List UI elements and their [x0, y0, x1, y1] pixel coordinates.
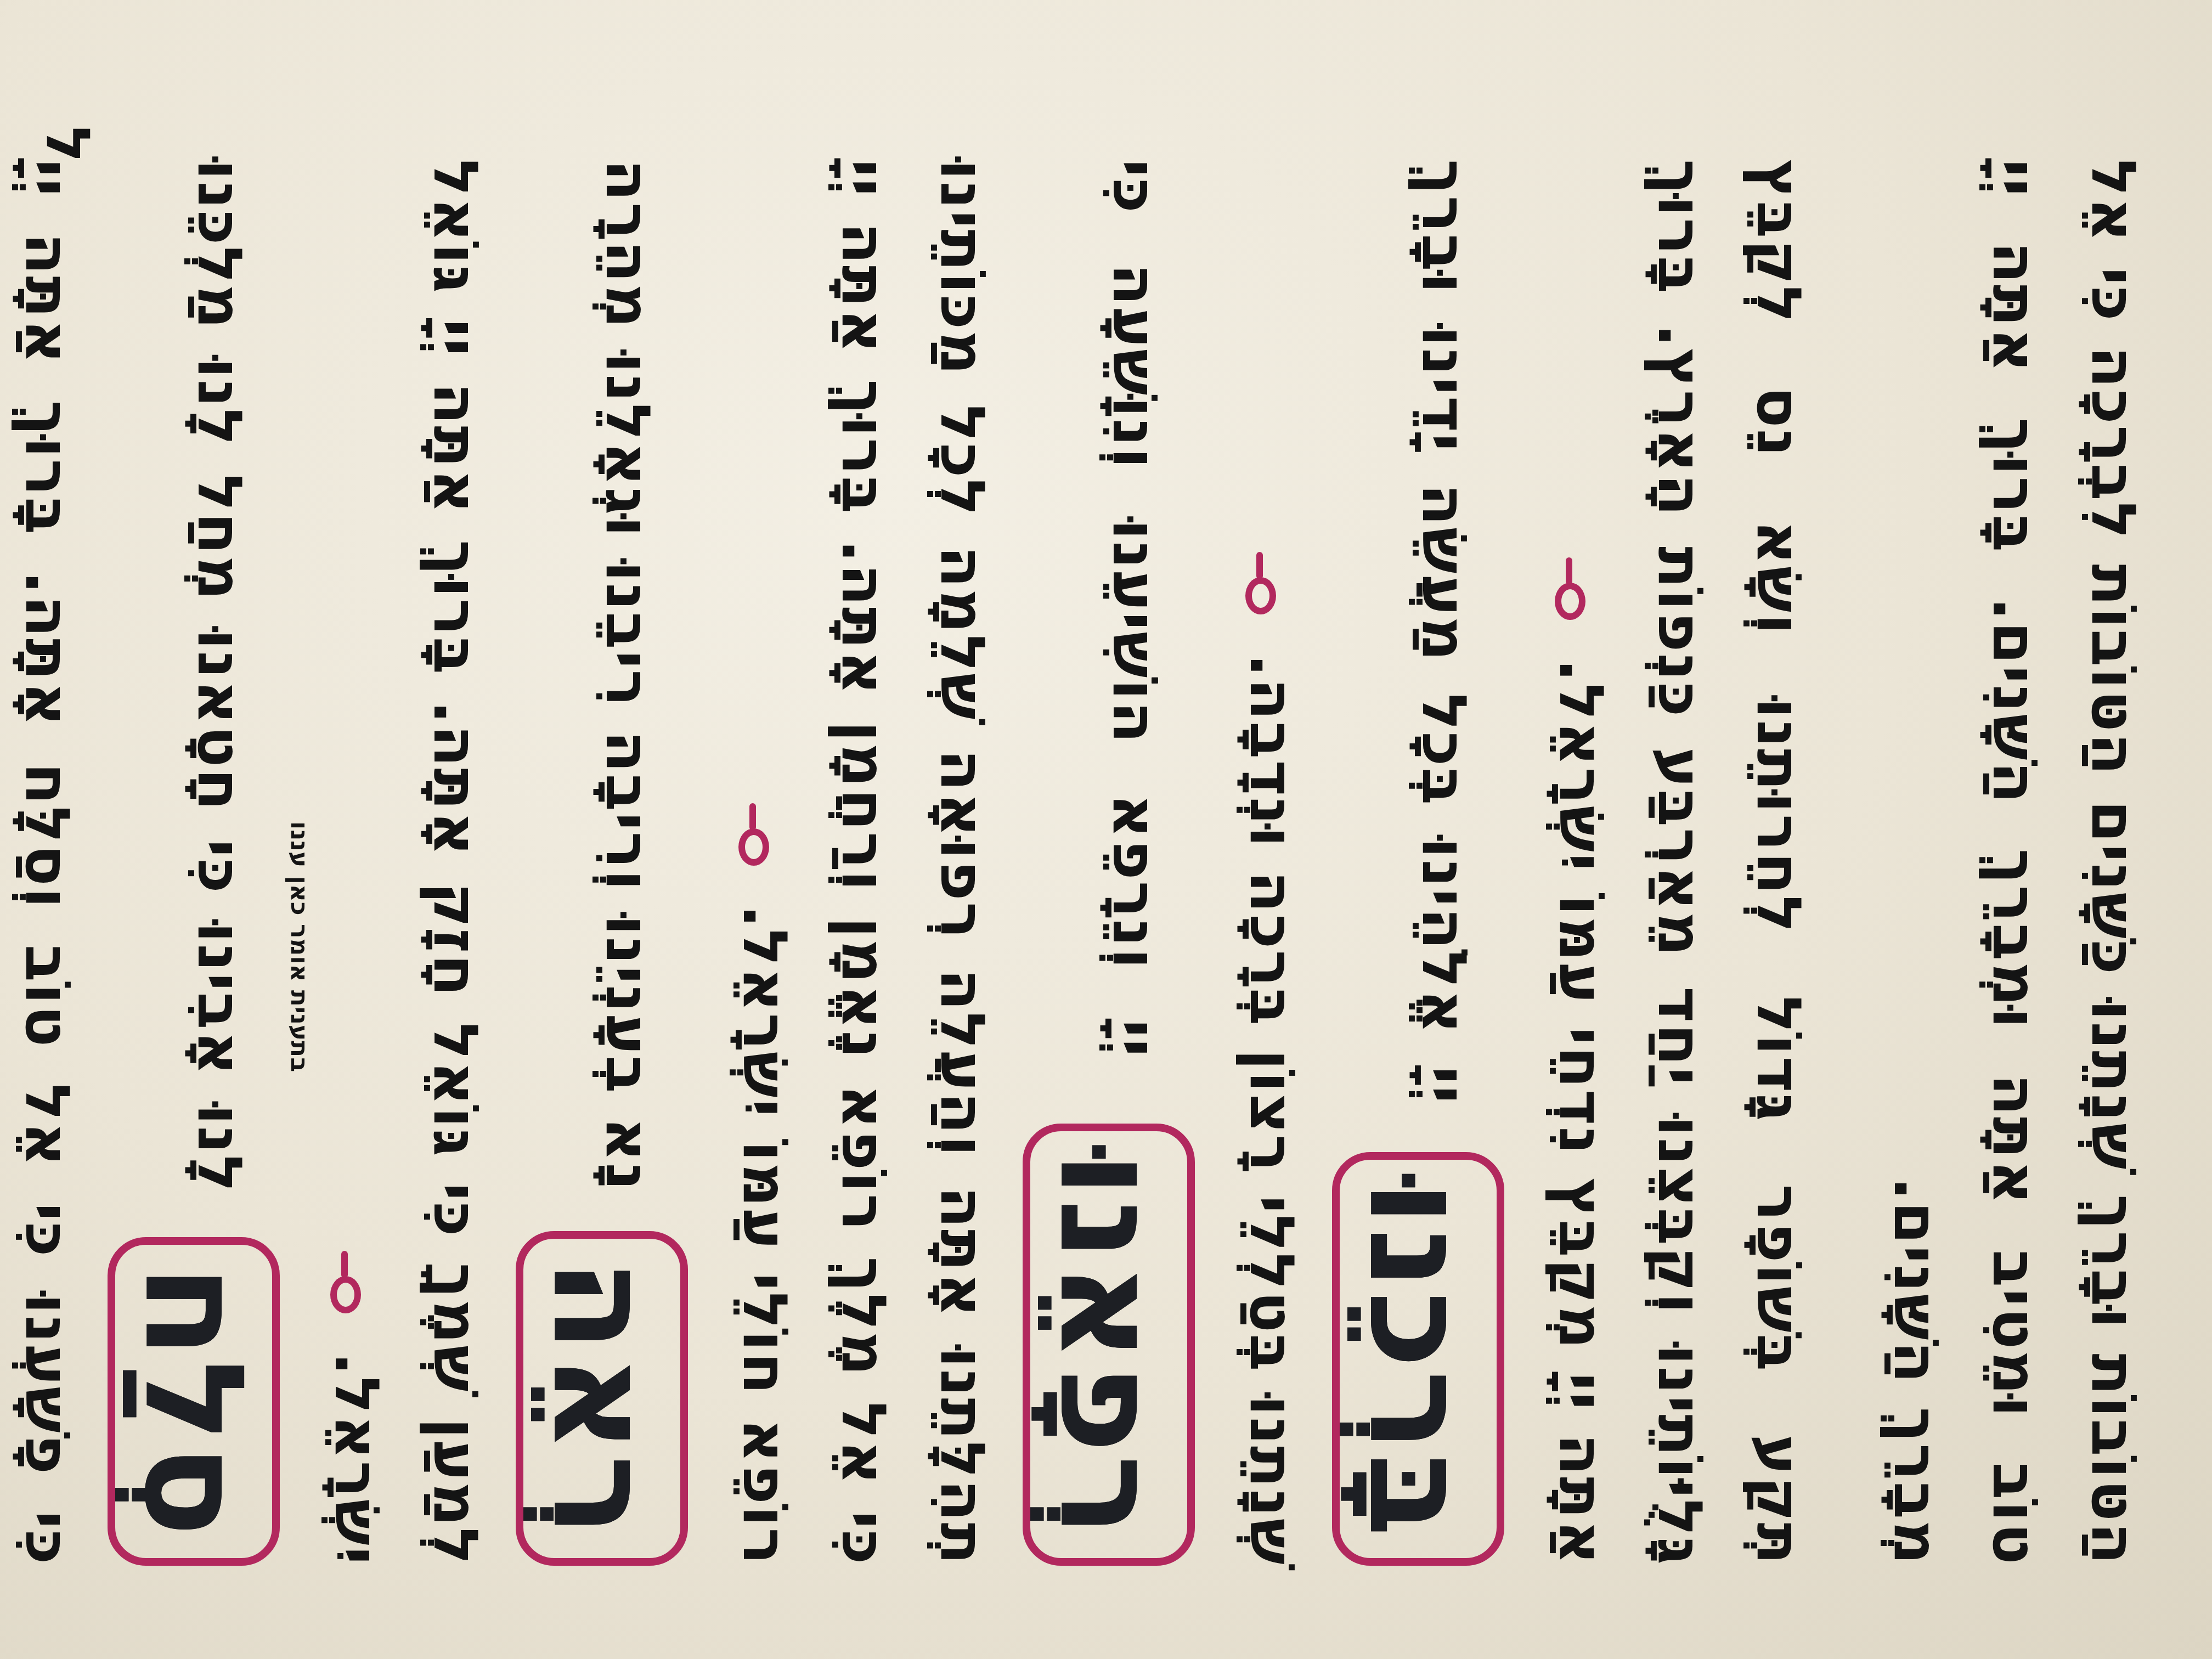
paragraph-end-ornament-icon [738, 828, 769, 866]
paragraph: רְאֵה נָא בְעָנְיֵנוּ וְרִיבָה רִיבֵנוּ … [307, 159, 677, 1566]
margin-note: בתענית אומר כאן עננו [285, 821, 313, 1072]
heading-refaenu: רְפָאֵנוּ [1023, 1124, 1195, 1566]
paragraph: תְּקַע בְּשׁוֹפָר גָּדוֹל לְחֵרוּתֵנוּ ו… [1532, 159, 1828, 1566]
block-reeh: רְאֵה נָא בְעָנְיֵנוּ וְרִיבָה רִיבֵנוּ … [307, 159, 677, 1566]
block-birkat-hashanim-end: הַטּוֹבוֹת וּבָרֵךְ שְׁנָתֵנוּ כַּשָּׁנִ… [1866, 159, 2163, 1566]
paragraph-end-ornament-icon [1555, 583, 1585, 620]
paragraph: רְפָאֵנוּ יְיָ וְנֵרָפֵא הוֹשִׁיעֵנוּ וְ… [715, 159, 1184, 1566]
heading-barchenu: בָּרְכֵנוּ [1332, 1152, 1504, 1566]
paragraph-text: הַטּוֹבוֹת וּבָרֵךְ שְׁנָתֵנוּ כַּשָּׁנִ… [1880, 159, 2149, 1566]
paragraph-end-ornament-icon [330, 1276, 361, 1313]
heading-selach: סְלַח [108, 1237, 280, 1566]
block-tka-bshofar: תְּקַע בְּשׁוֹפָר גָּדוֹל לְחֵרוּתֵנוּ ו… [1532, 159, 1828, 1566]
paragraph-text: תְּקַע בְּשׁוֹפָר גָּדוֹל לְחֵרוּתֵנוּ ו… [1545, 159, 1814, 1566]
paragraph: בָּרְכֵנוּ יְיָ אֱלֹהֵינוּ בְּכָל מַעֲשֵ… [1222, 159, 1493, 1566]
siddur-page: הַטּוֹבוֹת וּבָרֵךְ שְׁנָתֵנוּ כַּשָּׁנִ… [0, 0, 2212, 1659]
paragraph: הַטּוֹבוֹת וּבָרֵךְ שְׁנָתֵנוּ כַּשָּׁנִ… [1866, 159, 2163, 1566]
paragraph: סְלַח לָנוּ אָבִינוּ כִּי חָטָאנוּ מְחַל… [0, 159, 269, 1566]
page-number: ל [33, 126, 103, 163]
block-selach: סְלַח לָנוּ אָבִינוּ כִּי חָטָאנוּ מְחַל… [0, 159, 269, 1566]
text-column: הַטּוֹבוֹת וּבָרֵךְ שְׁנָתֵנוּ כַּשָּׁנִ… [88, 159, 2163, 1566]
block-refaenu: רְפָאֵנוּ יְיָ וְנֵרָפֵא הוֹשִׁיעֵנוּ וְ… [715, 159, 1184, 1566]
block-barchenu: בָּרְכֵנוּ יְיָ אֱלֹהֵינוּ בְּכָל מַעֲשֵ… [1222, 159, 1493, 1566]
paragraph-end-ornament-icon [1245, 577, 1276, 614]
heading-reeh: רְאֵה [516, 1231, 688, 1566]
